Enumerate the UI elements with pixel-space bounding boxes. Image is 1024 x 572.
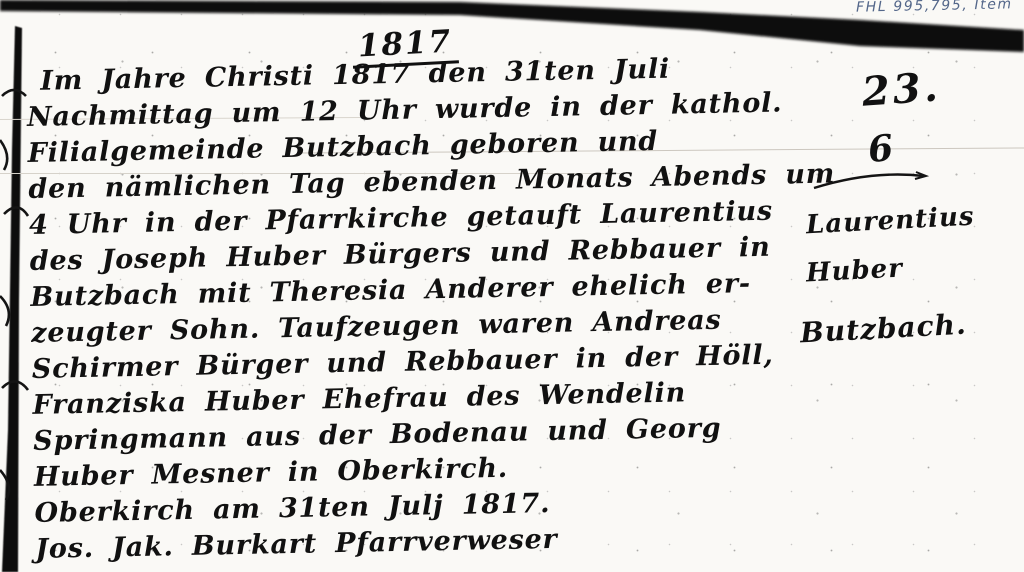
document-scan: FHL 995,795, Item 1817 Im Jahre Christi … bbox=[0, 0, 1024, 572]
margin-child-name: Laurentius bbox=[805, 202, 975, 241]
cut-off-strokes bbox=[0, 90, 28, 500]
margin-entry-number: 23. bbox=[860, 63, 942, 115]
record-text-block: Im Jahre Christi 1817 den 31ten Juli Nac… bbox=[26, 49, 826, 568]
margin-place: Butzbach. bbox=[799, 308, 967, 350]
margin-secondary-number: 6 bbox=[866, 127, 895, 171]
film-reference-label: FHL 995,795, Item bbox=[856, 0, 1013, 16]
margin-surname: Huber bbox=[805, 253, 903, 288]
